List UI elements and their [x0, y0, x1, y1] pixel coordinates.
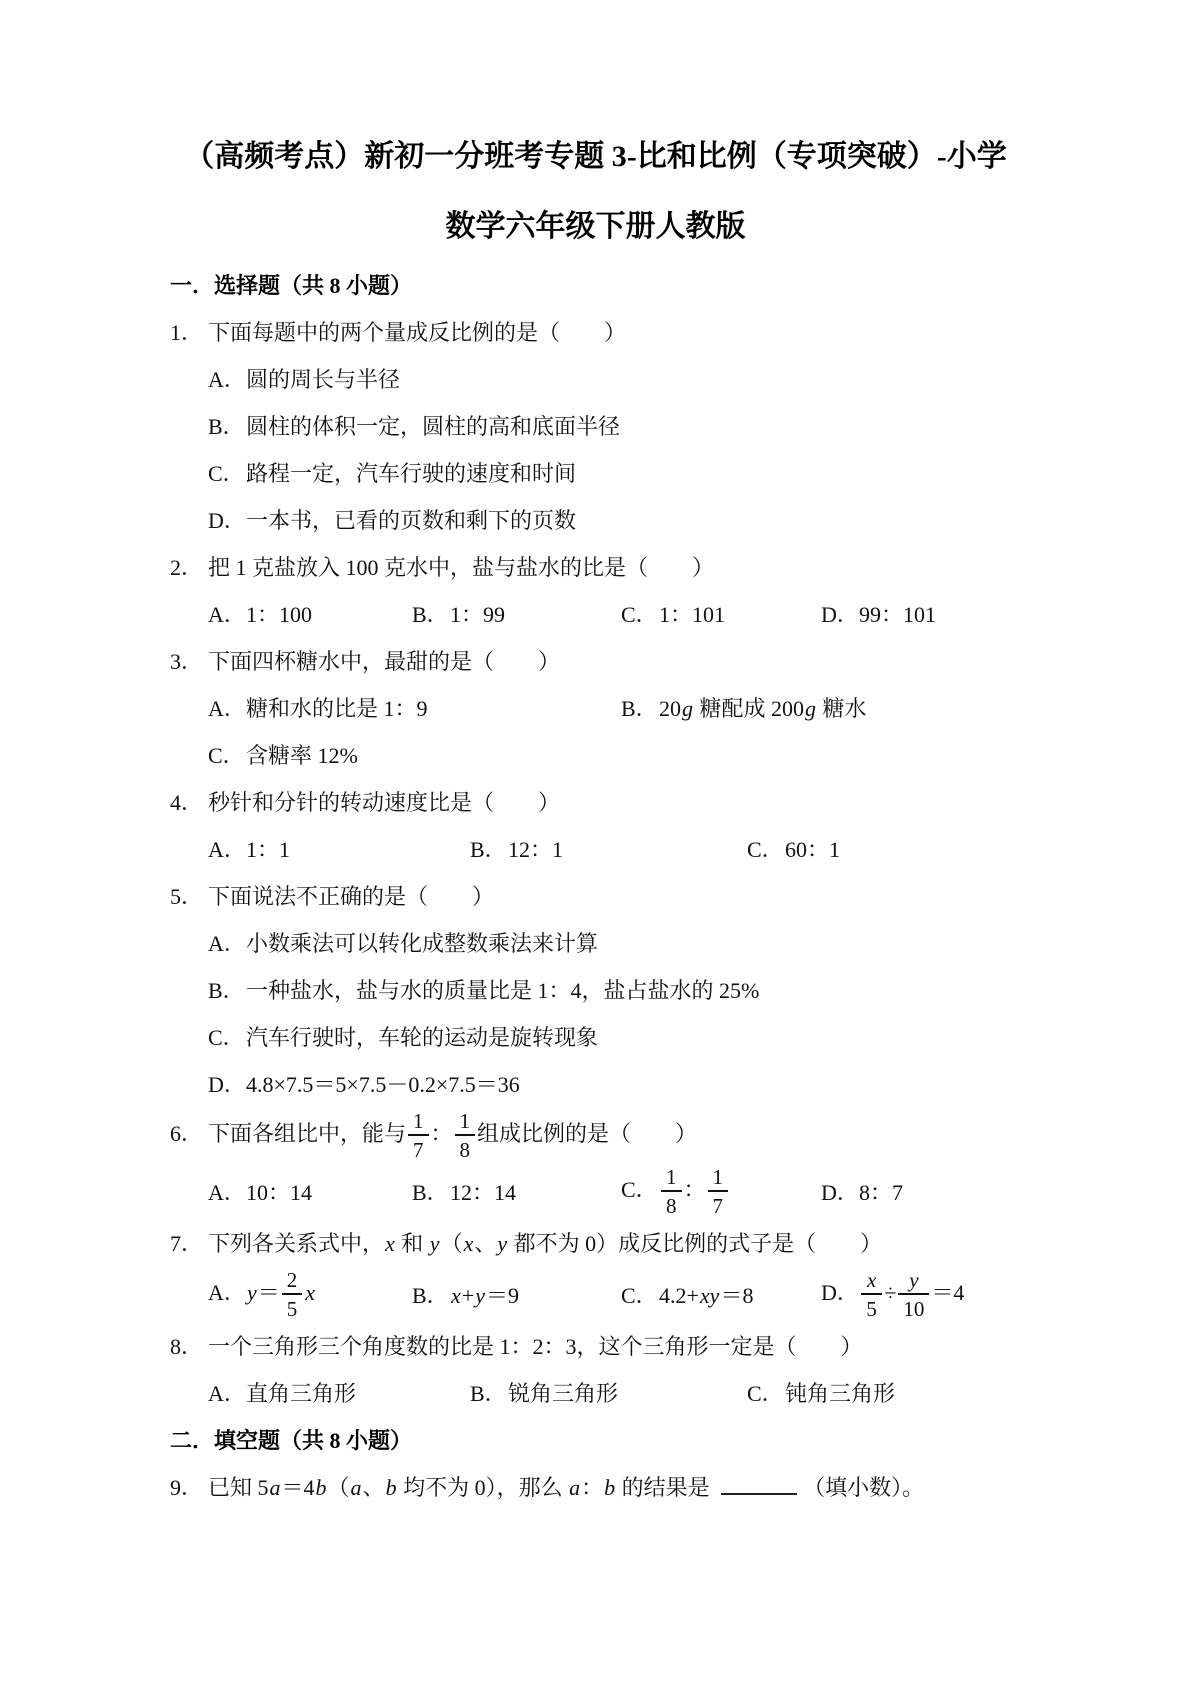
section-heading-1: 一．选择题（共 8 小题） [170, 262, 1071, 309]
answer-option: A．圆的周长与半径 [208, 356, 1071, 403]
option-label: A． [208, 591, 246, 638]
option-label: A． [208, 685, 246, 732]
text-run: ： [431, 1121, 453, 1146]
math-variable: x [866, 1268, 877, 1292]
math-variable: y [246, 1280, 258, 1305]
answer-option: C．汽车行驶时，车轮的运动是旋转现象 [208, 1014, 1071, 1061]
math-variable: y [429, 1231, 441, 1256]
section-heading-2: 二．填空题（共 8 小题） [170, 1417, 1071, 1464]
text-run: 、 [363, 1475, 385, 1500]
text-run: 糖和水的比是 1：9 [246, 696, 428, 721]
text-run: ＝9 [486, 1283, 519, 1308]
math-variable: x [450, 1283, 462, 1308]
option-label: A． [208, 1269, 246, 1316]
question-stem: 9．已知 5a＝4b（a、b 均不为 0），那么 a：b 的结果是 （填小数）。 [170, 1464, 1071, 1511]
option-group: A．y＝25xB．x+y＝9C．4.2+xy＝8D．x5÷y10＝4 [170, 1267, 1071, 1323]
answer-option: C．钝角三角形 [747, 1370, 1071, 1417]
text-run: 下面四杯糖水中，最甜的是（ ） [208, 649, 560, 674]
answer-option: B．1：99 [412, 591, 621, 638]
math-variable: y [908, 1268, 919, 1292]
question-number: 2． [170, 544, 208, 591]
question-number: 5． [170, 873, 208, 920]
option-label: D． [821, 591, 859, 638]
answer-option: C．路程一定，汽车行驶的速度和时间 [208, 450, 1071, 497]
option-label: B． [470, 1370, 508, 1417]
fraction: x5 [861, 1267, 882, 1323]
option-label: B． [208, 403, 246, 450]
math-variable: xy [699, 1283, 721, 1308]
fraction: 25 [282, 1267, 303, 1323]
question-number: 7． [170, 1220, 208, 1267]
question-number: 9． [170, 1464, 208, 1511]
question-stem: 7．下列各关系式中，x 和 y（x、y 都不为 0）成反比例的式子是（ ） [170, 1220, 1071, 1267]
math-variable: y [496, 1231, 508, 1256]
option-group: A．1：1B．12：1C．60：1 [170, 826, 1071, 873]
fraction-numerator: 1 [455, 1108, 476, 1134]
option-label: A． [208, 1370, 246, 1417]
fraction: 18 [661, 1164, 682, 1220]
text-run: 8：7 [859, 1180, 903, 1205]
answer-option: B．锐角三角形 [470, 1370, 747, 1417]
answer-option: A．1：100 [208, 591, 412, 638]
text-run: 汽车行驶时，车轮的运动是旋转现象 [246, 1025, 598, 1050]
math-variable: y [474, 1283, 486, 1308]
option-group: A．糖和水的比是 1：9B．20g 糖配成 200g 糖水C．含糖率 12% [170, 685, 1071, 779]
question-number: 8． [170, 1323, 208, 1370]
answer-option: B．20g 糖配成 200g 糖水 [621, 685, 1071, 732]
answer-option: C．含糖率 12% [208, 732, 621, 779]
text-run: （ [441, 1231, 463, 1256]
fraction: y10 [898, 1267, 929, 1323]
text-run: 下面说法不正确的是（ ） [208, 884, 494, 909]
text-run: ÷ [884, 1280, 896, 1305]
option-label: C． [621, 1166, 659, 1213]
text-run: 糖水 [817, 696, 867, 721]
fraction: 17 [408, 1108, 429, 1164]
question-number: 1． [170, 309, 208, 356]
math-variable: g [804, 696, 817, 721]
option-label: B． [208, 967, 246, 1014]
answer-option: C．1：101 [621, 591, 821, 638]
question-stem: 8．一个三角形三个角度数的比是 1：2：3，这个三角形一定是（ ） [170, 1323, 1071, 1370]
answer-option: A．直角三角形 [208, 1370, 470, 1417]
text-run: 把 1 克盐放入 100 克水中，盐与盐水的比是（ ） [208, 555, 714, 580]
text-run: 秒针和分针的转动速度比是（ ） [208, 790, 560, 815]
answer-option: A．1：1 [208, 826, 470, 873]
answer-option: C．60：1 [747, 826, 1071, 873]
text-run: 糖配成 200 [694, 696, 804, 721]
text-run: 都不为 0）成反比例的式子是（ ） [508, 1231, 882, 1256]
answer-option: B．12：14 [412, 1169, 621, 1216]
text-run: ＝4 [282, 1475, 315, 1500]
text-run: 下列各关系式中， [208, 1231, 384, 1256]
text-run: 组成比例的是（ ） [477, 1121, 697, 1146]
text-run: 一种盐水，盐与水的质量比是 1：4，盐占盐水的 25% [246, 978, 759, 1003]
text-run: 钝角三角形 [785, 1381, 895, 1406]
question-number: 3． [170, 638, 208, 685]
question-number: 4． [170, 779, 208, 826]
worksheet-page: （高频考点）新初一分班考专题 3-比和比例（专项突破）-小学 数学六年级下册人教… [0, 0, 1191, 1684]
text-run: 和 [396, 1231, 429, 1256]
question-stem: 4．秒针和分针的转动速度比是（ ） [170, 779, 1071, 826]
text-run: ＝ [258, 1280, 280, 1305]
text-run: 一本书，已看的页数和剩下的页数 [246, 508, 576, 533]
question-stem: 3．下面四杯糖水中，最甜的是（ ） [170, 638, 1071, 685]
option-group: A．10：14B．12：14C．18：17D．8：7 [170, 1164, 1071, 1220]
text-run: ＝4 [931, 1280, 964, 1305]
fraction-denominator: 7 [408, 1134, 429, 1164]
fraction: 18 [455, 1108, 476, 1164]
math-variable: g [681, 696, 694, 721]
question-stem: 5．下面说法不正确的是（ ） [170, 873, 1071, 920]
question-stem: 1．下面每题中的两个量成反比例的是（ ） [170, 309, 1071, 356]
math-variable: a [568, 1475, 581, 1500]
option-label: C． [747, 1370, 785, 1417]
option-label: A． [208, 920, 246, 967]
text-run: （填小数）。 [803, 1475, 924, 1500]
math-variable: x [463, 1231, 475, 1256]
text-run: 4.8×7.5＝5×7.5－0.2×7.5＝36 [246, 1072, 520, 1097]
fraction-numerator: 1 [408, 1108, 429, 1134]
text-run: 99：101 [859, 602, 936, 627]
text-run: 圆的周长与半径 [246, 367, 400, 392]
text-run: 已知 5 [208, 1475, 269, 1500]
text-run: 1：1 [246, 837, 290, 862]
text-run: 锐角三角形 [508, 1381, 618, 1406]
option-group: A．圆的周长与半径B．圆柱的体积一定，圆柱的高和底面半径C．路程一定，汽车行驶的… [170, 356, 1071, 544]
option-label: C． [208, 450, 246, 497]
text-run: + [462, 1283, 474, 1308]
answer-option: A．小数乘法可以转化成整数乘法来计算 [208, 920, 1071, 967]
fraction-denominator: 8 [661, 1190, 682, 1220]
answer-option: A．y＝25x [208, 1267, 412, 1323]
question-stem: 6．下面各组比中，能与17：18组成比例的是（ ） [170, 1108, 1071, 1164]
option-label: A． [208, 1169, 246, 1216]
option-label: C． [208, 732, 246, 779]
option-label: A． [208, 356, 246, 403]
fraction-denominator: 5 [861, 1293, 882, 1323]
text-run: 4.2+ [659, 1283, 699, 1308]
text-run: 、 [474, 1231, 496, 1256]
answer-option: B．12：1 [470, 826, 747, 873]
text-run: 12：1 [508, 837, 563, 862]
math-variable: x [384, 1231, 396, 1256]
text-run: 1：100 [246, 602, 312, 627]
math-variable: b [603, 1475, 616, 1500]
answer-option: A．10：14 [208, 1169, 412, 1216]
math-variable: a [269, 1475, 282, 1500]
fraction-numerator: y [898, 1267, 929, 1293]
text-run: 均不为 0），那么 [398, 1475, 569, 1500]
option-label: A． [208, 826, 246, 873]
fraction-denominator: 7 [708, 1190, 729, 1220]
answer-option: D．x5÷y10＝4 [821, 1267, 1071, 1323]
document-title: （高频考点）新初一分班考专题 3-比和比例（专项突破）-小学 数学六年级下册人教… [0, 0, 1191, 262]
option-label: B． [412, 1272, 450, 1319]
text-run: 路程一定，汽车行驶的速度和时间 [246, 461, 576, 486]
document-body: 一．选择题（共 8 小题）1．下面每题中的两个量成反比例的是（ ）A．圆的周长与… [0, 262, 1191, 1511]
option-label: C． [621, 591, 659, 638]
answer-option: D．一本书，已看的页数和剩下的页数 [208, 497, 1071, 544]
text-run: 含糖率 12% [246, 743, 358, 768]
fraction-numerator: 1 [661, 1164, 682, 1190]
text-run: ＝8 [720, 1283, 753, 1308]
answer-option: D．99：101 [821, 591, 1071, 638]
text-run: 12：14 [450, 1180, 516, 1205]
text-run: （ [328, 1475, 350, 1500]
option-group: A．小数乘法可以转化成整数乘法来计算B．一种盐水，盐与水的质量比是 1：4，盐占… [170, 920, 1071, 1108]
option-label: C． [621, 1272, 659, 1319]
math-variable: a [350, 1475, 363, 1500]
answer-option: D．8：7 [821, 1169, 1071, 1216]
option-label: C． [208, 1014, 246, 1061]
option-label: D． [821, 1269, 859, 1316]
title-line-1: （高频考点）新初一分班考专题 3-比和比例（专项突破）-小学 [0, 122, 1191, 192]
question-number: 6． [170, 1110, 208, 1157]
math-variable: b [315, 1475, 328, 1500]
option-label: D． [208, 1061, 246, 1108]
fraction-denominator: 5 [282, 1293, 303, 1323]
text-run: 小数乘法可以转化成整数乘法来计算 [246, 931, 598, 956]
fraction-denominator: 8 [455, 1134, 476, 1164]
text-run: 一个三角形三个角度数的比是 1：2：3，这个三角形一定是（ ） [208, 1334, 863, 1359]
option-group: A．1：100B．1：99C．1：101D．99：101 [170, 591, 1071, 638]
text-run: 1：101 [659, 602, 725, 627]
fraction-denominator: 10 [898, 1293, 929, 1323]
math-variable: x [304, 1280, 316, 1305]
answer-option: C．18：17 [621, 1164, 821, 1220]
text-run: 20 [659, 696, 681, 721]
option-label: B． [412, 591, 450, 638]
text-run: 下面各组比中，能与 [208, 1121, 406, 1146]
fraction-numerator: 1 [708, 1164, 729, 1190]
title-line-2: 数学六年级下册人教版 [0, 192, 1191, 262]
question-stem: 2．把 1 克盐放入 100 克水中，盐与盐水的比是（ ） [170, 544, 1071, 591]
text-run: 1：99 [450, 602, 505, 627]
option-label: C． [747, 826, 785, 873]
answer-option: B．圆柱的体积一定，圆柱的高和底面半径 [208, 403, 1071, 450]
option-label: B． [470, 826, 508, 873]
text-run: ： [581, 1475, 603, 1500]
fraction-numerator: x [861, 1267, 882, 1293]
text-run: 10：14 [246, 1180, 312, 1205]
answer-option: A．糖和水的比是 1：9 [208, 685, 621, 732]
text-run: 直角三角形 [246, 1381, 356, 1406]
text-run: 60：1 [785, 837, 840, 862]
math-variable: b [385, 1475, 398, 1500]
option-label: D． [821, 1169, 859, 1216]
fraction: 17 [708, 1164, 729, 1220]
option-label: B． [621, 685, 659, 732]
fill-in-blank-line [721, 1475, 797, 1495]
fraction-numerator: 2 [282, 1267, 303, 1293]
answer-option: B．x+y＝9 [412, 1272, 621, 1319]
text-run: 的结果是 [616, 1475, 715, 1500]
answer-option: D．4.8×7.5＝5×7.5－0.2×7.5＝36 [208, 1061, 1071, 1108]
answer-option: B．一种盐水，盐与水的质量比是 1：4，盐占盐水的 25% [208, 967, 1071, 1014]
text-run: 圆柱的体积一定，圆柱的高和底面半径 [246, 414, 620, 439]
text-run: ： [684, 1177, 706, 1202]
answer-option: C．4.2+xy＝8 [621, 1272, 821, 1319]
text-run: 下面每题中的两个量成反比例的是（ ） [208, 320, 626, 345]
option-label: D． [208, 497, 246, 544]
option-label: B． [412, 1169, 450, 1216]
option-group: A．直角三角形B．锐角三角形C．钝角三角形 [170, 1370, 1071, 1417]
